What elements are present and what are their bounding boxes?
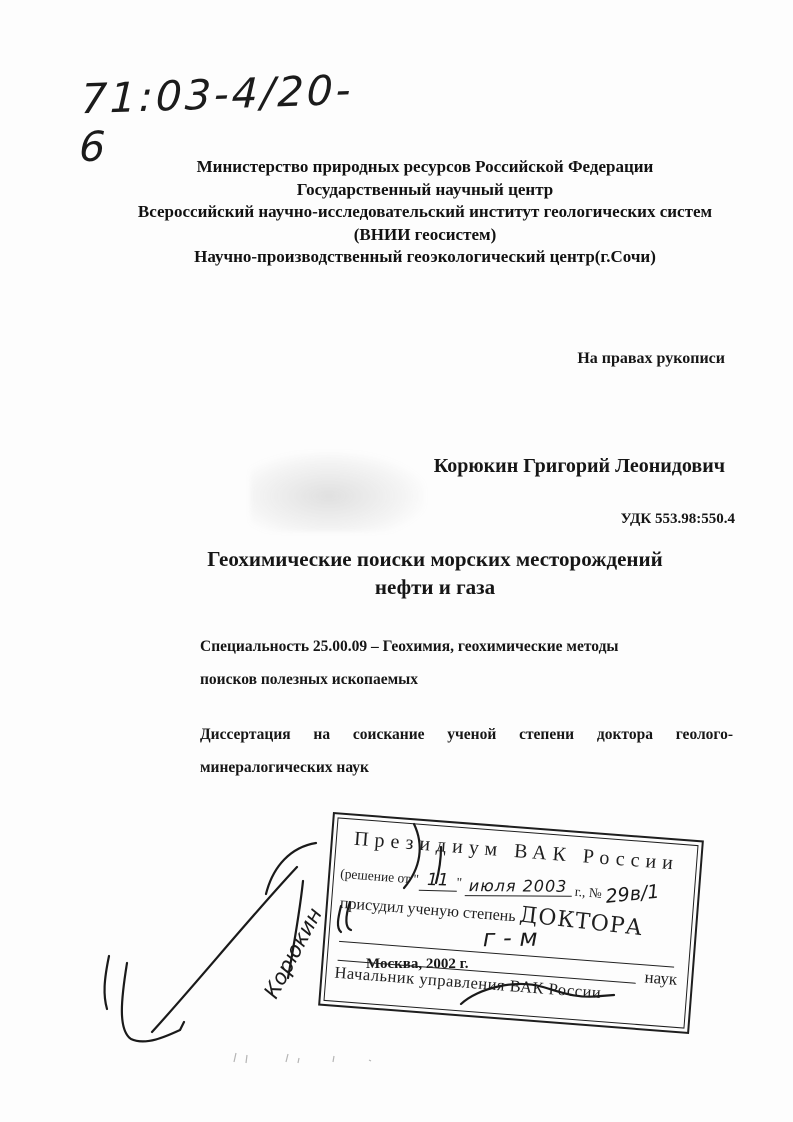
udc-code: УДК 553.98:550.4 <box>621 511 735 528</box>
header-line-sochi-center: Научно-производственный геоэкологический… <box>95 246 755 269</box>
scan-smudge-artifact <box>250 452 425 532</box>
dissertation-statement-line-1: Диссертация на соискание ученой степени … <box>200 726 733 744</box>
signature-stroke-vertical <box>288 881 303 978</box>
vak-stamp: Президиум ВАК России (решение от "11" ию… <box>318 812 704 1034</box>
stamp-nauk-label: наук <box>636 969 678 987</box>
specialty-line-1: Специальность 25.00.09 – Геохимия, геохи… <box>200 638 619 656</box>
specialty-line-2: поисков полезных ископаемых <box>200 671 418 689</box>
stamp-decision-quote: " <box>456 875 463 890</box>
institution-header: Министерство природных ресурсов Российск… <box>95 156 755 269</box>
dissertation-title: Геохимические поиски морских месторожден… <box>140 545 730 601</box>
header-line-ministry: Министерство природных ресурсов Российск… <box>95 156 755 179</box>
stamp-decision-day-handwritten: 11 <box>419 870 457 892</box>
signature-stroke-curl <box>266 843 316 894</box>
signature-stroke-left-tick <box>105 956 109 1009</box>
scanned-dissertation-title-page: { "doc": { "catalog_number": "71:03-4/20… <box>0 0 793 1122</box>
header-line-center: Государственный научный центр <box>95 179 755 202</box>
signature-name-handwritten: Корюкин <box>259 904 327 1003</box>
stamp-decision-after-date: г., № <box>571 884 602 901</box>
title-line-1: Геохимические поиски морских месторожден… <box>140 545 730 573</box>
manuscript-rights-note: На правах рукописи <box>577 350 725 368</box>
pencil-speck <box>234 1053 371 1063</box>
signature-stroke-hook <box>122 963 184 1041</box>
stamp-decision-number-handwritten: 29в/1 <box>604 881 660 908</box>
dissertation-statement-line-2: минералогических наук <box>200 759 369 777</box>
title-line-2: нефти и газа <box>140 573 730 601</box>
signature-stroke-diagonal <box>152 867 297 1032</box>
vak-stamp-inner-border: Президиум ВАК России (решение от "11" ию… <box>323 817 698 1028</box>
stamp-decision-monthyear-handwritten: июля 2003 <box>465 876 572 897</box>
header-line-institute: Всероссийский научно-исследовательский и… <box>95 201 755 224</box>
header-line-institute-abbr: (ВНИИ геосистем) <box>95 224 755 247</box>
author-name: Корюкин Григорий Леонидович <box>434 455 725 478</box>
stamp-field-handwritten: г - м <box>482 924 537 953</box>
stamp-decision-prefix: (решение от " <box>340 866 420 887</box>
